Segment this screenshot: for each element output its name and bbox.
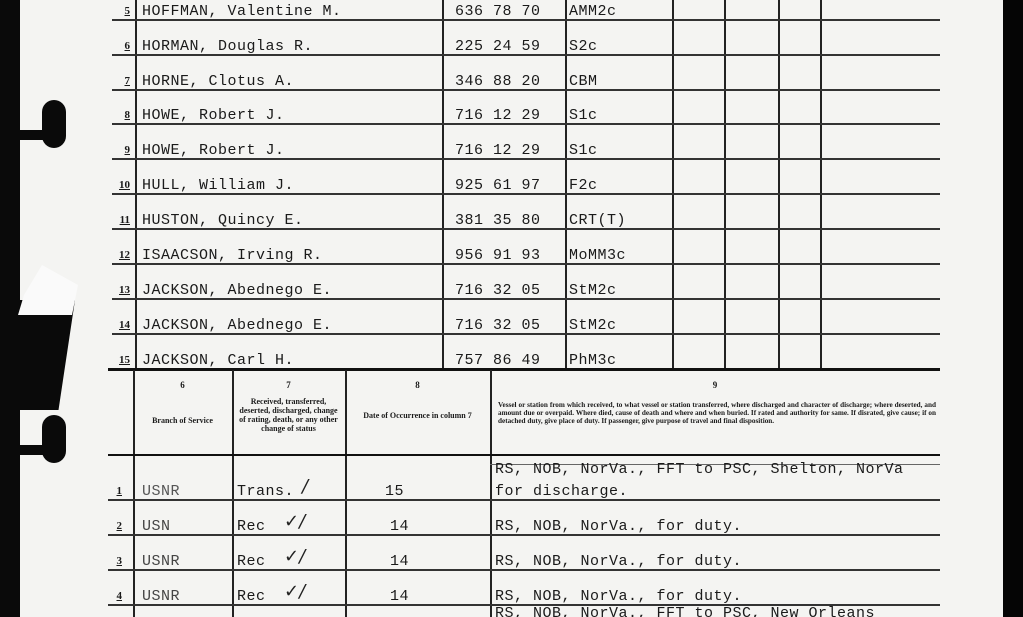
column-header-status: Received, transferred, deserted, dischar… (236, 397, 341, 433)
date: 14 (390, 518, 409, 535)
remarks: RS, NOB, NorVa., for duty. (495, 553, 742, 570)
service-number: 716 12 29 (455, 107, 541, 124)
branch: USNR (142, 588, 180, 605)
status-change: Rec (237, 588, 266, 605)
remarks: RS, NOB, NorVa., FFT to PSC, Shelton, No… (495, 461, 904, 478)
scan-right-border (1003, 0, 1023, 617)
header-divider (108, 454, 940, 456)
rating: S2c (569, 38, 598, 55)
service-number: 716 32 05 (455, 317, 541, 334)
grid-line (672, 0, 674, 370)
grid-line (778, 0, 780, 370)
status-change: Trans. (237, 483, 294, 500)
rating: S1c (569, 142, 598, 159)
status-change: Rec (237, 553, 266, 570)
binder-tab-bottom (42, 415, 66, 463)
column-header-remarks: Vessel or station from which received, t… (498, 401, 936, 425)
column-header-branch: Branch of Service (136, 416, 229, 425)
service-number: 956 91 93 (455, 247, 541, 264)
date: 15 (385, 483, 404, 500)
grid-line (232, 370, 234, 617)
column-number-8: 8 (345, 380, 490, 390)
sailor-name: JACKSON, Carl H. (142, 352, 294, 369)
rating: AMM2c (569, 3, 617, 20)
grid-line (565, 0, 567, 370)
rating: PhM3c (569, 352, 617, 369)
grid-line (133, 370, 135, 617)
sailor-name: HORNE, Clotus A. (142, 73, 294, 90)
service-number: 716 32 05 (455, 282, 541, 299)
grid-line (724, 0, 726, 370)
row-number: 15 (108, 354, 130, 366)
row-number: 13 (108, 284, 130, 296)
rating: MoMM3c (569, 247, 626, 264)
row-number: 7 (108, 75, 130, 87)
column-number-9: 9 (490, 380, 940, 390)
grid-line (345, 370, 347, 617)
sailor-name: JACKSON, Abednego E. (142, 282, 332, 299)
rating: F2c (569, 177, 598, 194)
remarks: RS, NOB, NorVa., for duty. (495, 588, 742, 605)
status-change: Rec (237, 518, 266, 535)
service-number: 716 12 29 (455, 142, 541, 159)
grid-line (442, 0, 444, 370)
sailor-name: HOWE, Robert J. (142, 107, 285, 124)
binder-tab-top (42, 100, 66, 148)
service-number: 636 78 70 (455, 3, 541, 20)
branch: USNR (142, 553, 180, 570)
grid-line (135, 0, 137, 370)
row-number: 14 (108, 319, 130, 331)
sailor-name: HOFFMAN, Valentine M. (142, 3, 342, 20)
service-number: 757 86 49 (455, 352, 541, 369)
row-number: 6 (108, 40, 130, 52)
sailor-name: JACKSON, Abednego E. (142, 317, 332, 334)
date: 14 (390, 553, 409, 570)
rating: StM2c (569, 317, 617, 334)
rating: StM2c (569, 282, 617, 299)
row-number: 8 (108, 109, 130, 121)
row-number: 9 (108, 144, 130, 156)
row-number: 5 (108, 5, 130, 17)
branch: USN (142, 518, 171, 535)
service-number: 925 61 97 (455, 177, 541, 194)
remarks: RS, NOB, NorVa., for duty. (495, 518, 742, 535)
service-number: 381 35 80 (455, 212, 541, 229)
grid-line (490, 370, 492, 617)
column-header-date: Date of Occurrence in column 7 (360, 411, 475, 420)
checkmark-icon: ✓/ (284, 511, 305, 532)
row-number: 3 (100, 555, 122, 567)
rating: CBM (569, 73, 598, 90)
sailor-name: HUSTON, Quincy E. (142, 212, 304, 229)
sailor-name: ISAACSON, Irving R. (142, 247, 323, 264)
scan-torn-shadow (20, 300, 75, 410)
row-number: 12 (108, 249, 130, 261)
remarks-partial-next: RS, NOB, NorVa., FFT to PSC, New Orleans (495, 605, 875, 617)
sailor-name: HOWE, Robert J. (142, 142, 285, 159)
sailor-name: HORMAN, Douglas R. (142, 38, 313, 55)
column-number-7: 7 (232, 380, 345, 390)
column-number-6: 6 (133, 380, 232, 390)
row-number: 11 (108, 214, 130, 226)
remarks-continued: for discharge. (495, 483, 628, 500)
service-number: 225 24 59 (455, 38, 541, 55)
row-number: 4 (100, 590, 122, 602)
grid-line (820, 0, 822, 370)
branch: USNR (142, 483, 180, 500)
checkmark-icon: / (302, 476, 308, 497)
torn-paper-fragment (18, 265, 78, 315)
rating: S1c (569, 107, 598, 124)
row-number: 1 (100, 485, 122, 497)
rating: CRT(T) (569, 212, 626, 229)
row-number: 2 (100, 520, 122, 532)
service-number: 346 88 20 (455, 73, 541, 90)
date: 14 (390, 588, 409, 605)
checkmark-icon: ✓/ (284, 546, 305, 567)
sailor-name: HULL, William J. (142, 177, 294, 194)
checkmark-icon: ✓/ (284, 581, 305, 602)
scan-left-border (0, 0, 20, 617)
row-number: 10 (108, 179, 130, 191)
